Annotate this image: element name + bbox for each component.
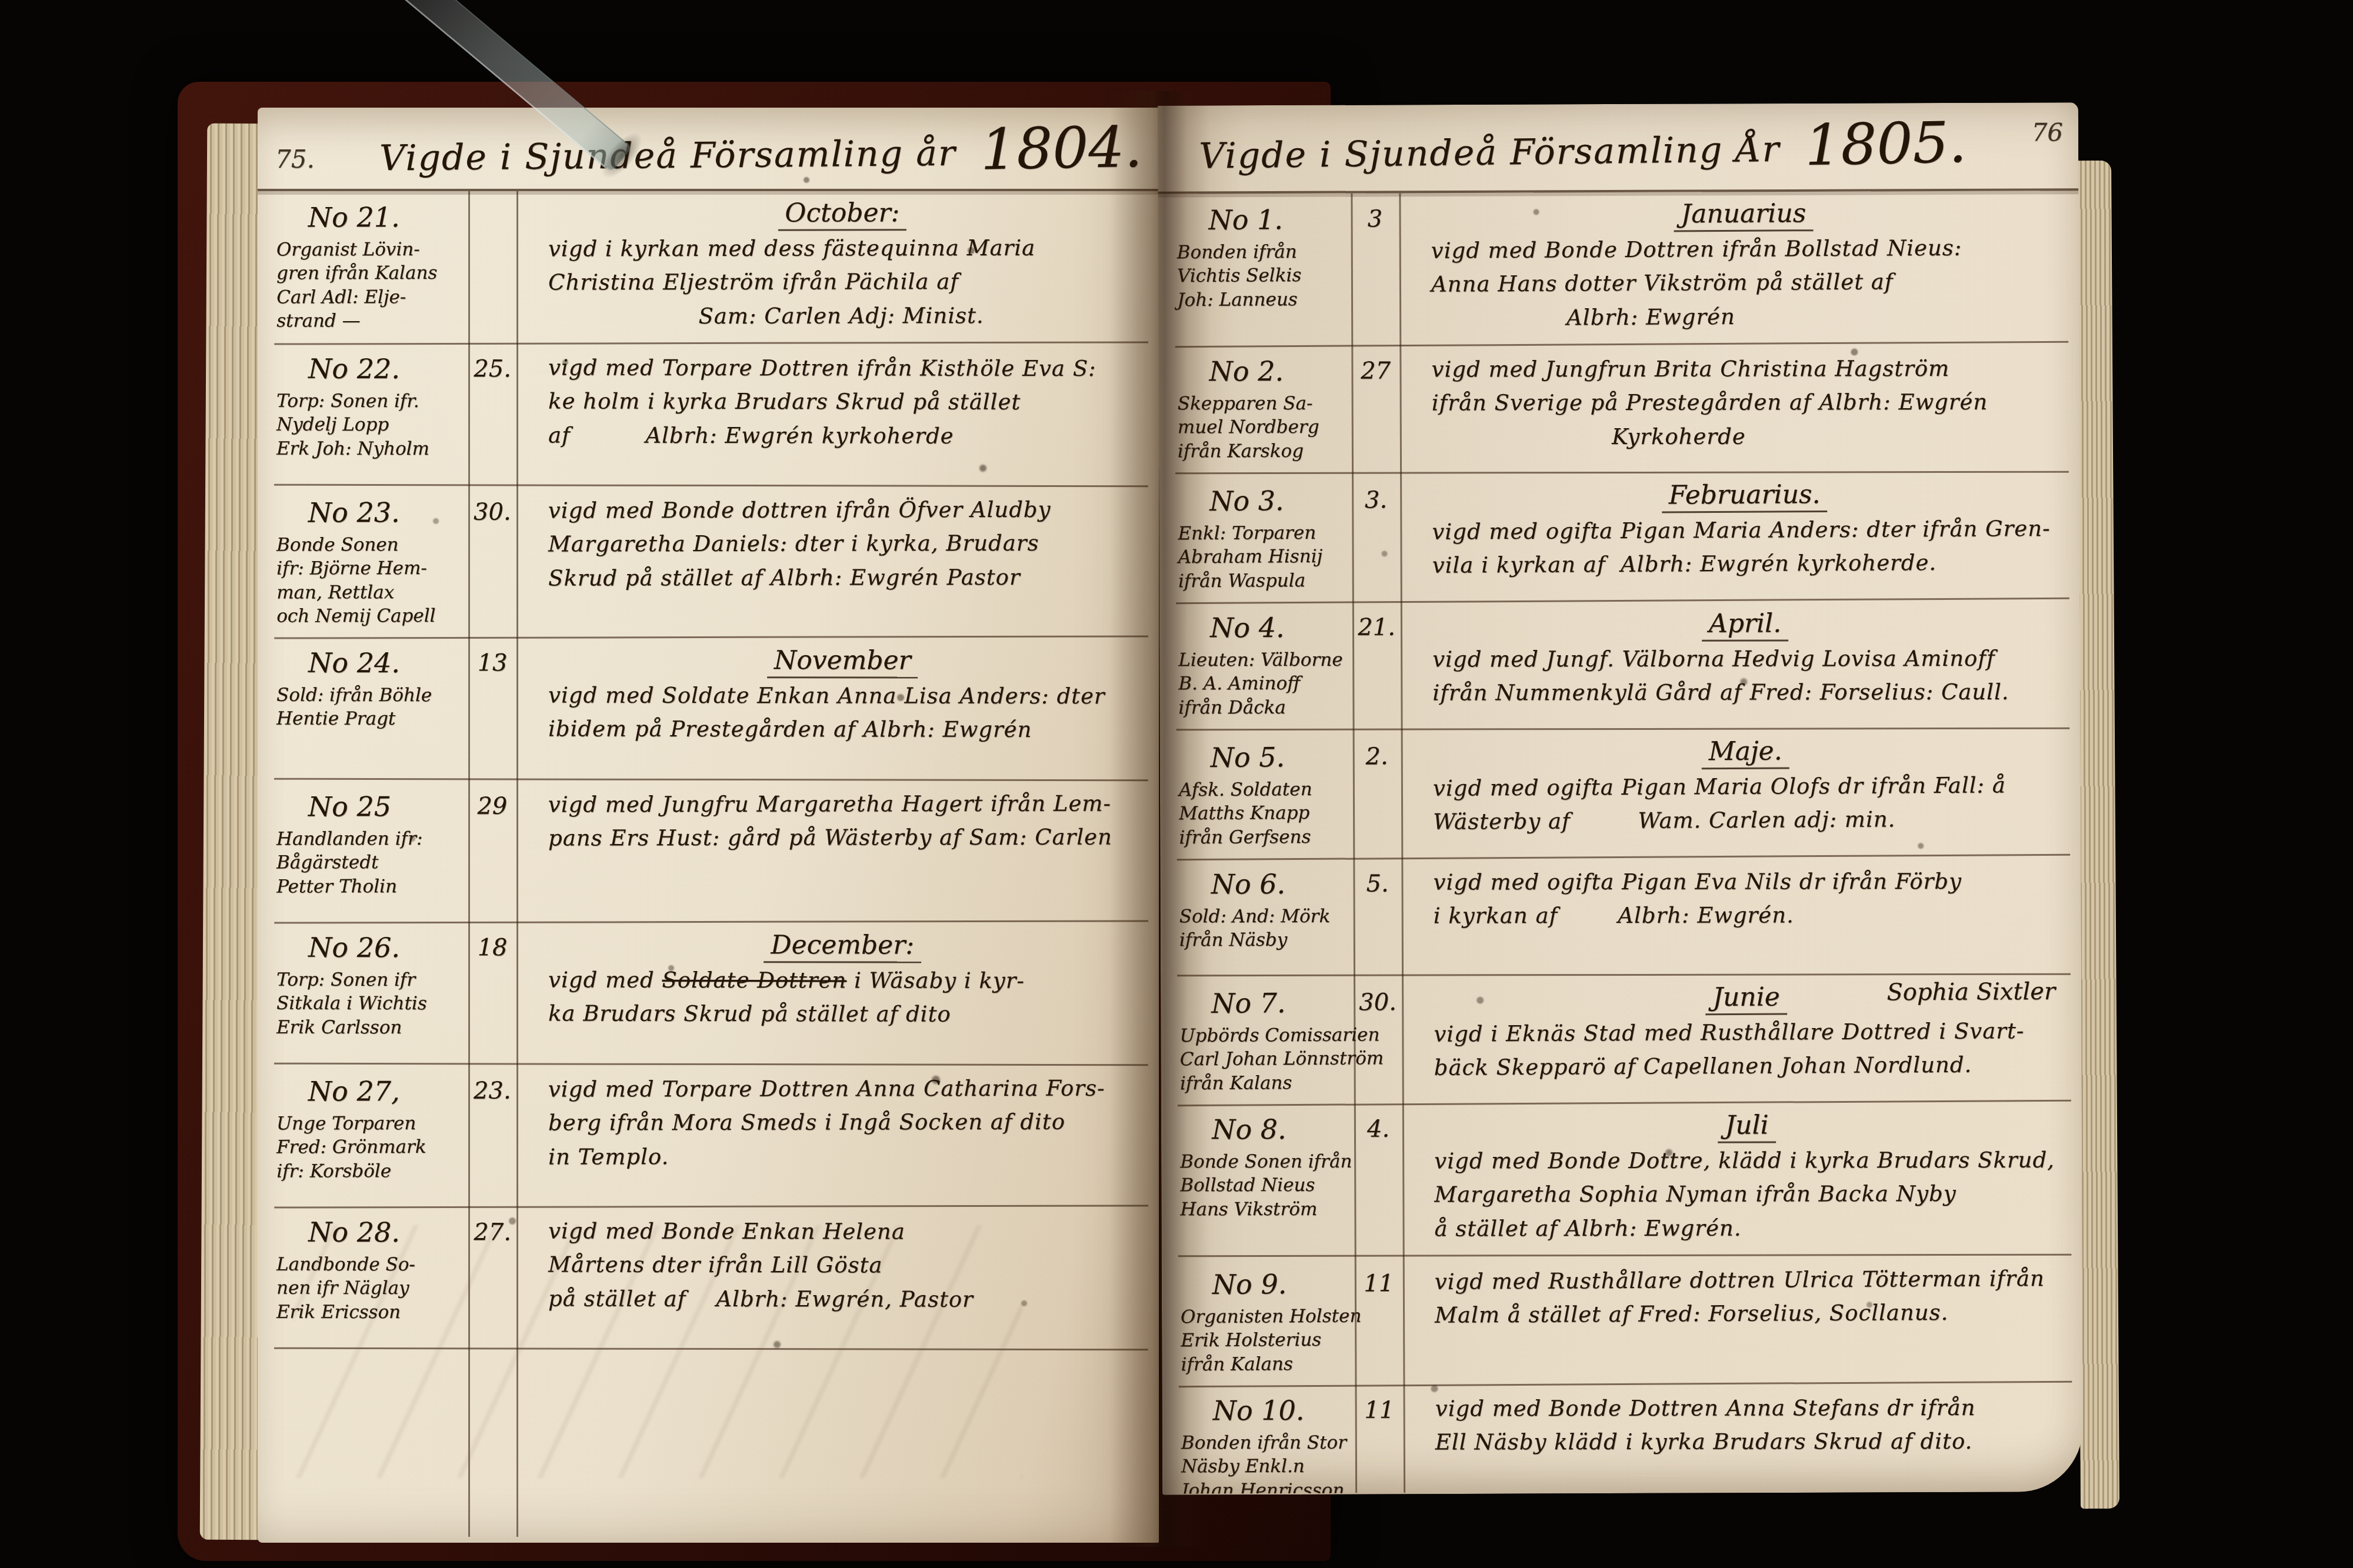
groom-description-line: Nydelj Lopp — [276, 413, 464, 437]
groom-description-line: Matths Knapp — [1179, 801, 1348, 826]
text-span: vila i kyrkan af Albrh: Ewgrén kyrkoherd… — [1432, 550, 1937, 578]
month-annotation: Sophia Sixtler — [1887, 978, 2055, 1006]
wedding-date: 30. — [1354, 984, 1402, 1094]
groom-cell: No 8.Bonde Sonen ifrånBollstad NieusHans… — [1178, 1111, 1354, 1246]
groom-description-line: Joh: Lanneus — [1177, 287, 1347, 312]
record-cell: vigd med Torpare Dottren ifrån Kisthöle … — [516, 351, 1148, 476]
text-span: pans Ers Hust: gård på Wästerby af Sam: … — [548, 825, 1112, 851]
text-span: Margaretha Daniels: dter i kyrka, Brudar… — [548, 531, 1039, 557]
groom-description-line: Sold: ifrån Böhle — [276, 683, 464, 708]
groom-description-line: Johan Henricsson — [1181, 1479, 1351, 1494]
groom-description-line: ifrån Näsby — [1179, 928, 1349, 952]
groom-description-line: muel Nordberg — [1178, 415, 1347, 439]
groom-description-line: Organist Lövin- — [276, 238, 464, 262]
record-line: vila i kyrkan af Albrh: Ewgrén kyrkoherd… — [1432, 545, 2058, 582]
record-line: Margaretha Daniels: dter i kyrka, Brudar… — [548, 526, 1136, 561]
open-register-book: 75. Vigde i Sjundeå Församling år 1804. … — [206, 91, 2165, 1547]
text-span: ke holm i kyrka Brudars Skrud på stället — [548, 389, 1021, 415]
record-line: å stället af Albrh: Ewgrén. — [1434, 1211, 2059, 1246]
record-cell: Januariusvigd med Bonde Dottren ifrån Bo… — [1399, 197, 2068, 335]
groom-cell: No 10.Bonden ifrån StorNäsby Enkl.nJohan… — [1179, 1392, 1355, 1493]
record-line: vigd i Eknäs Stad med Rusthållare Dottre… — [1434, 1013, 2059, 1050]
right-page-year: 1805. — [1804, 117, 1967, 171]
entry-row: No 3.Enkl: TorparenAbraham Hisnijifrån W… — [1175, 471, 2069, 604]
record-line: vigd med Jungfrun Brita Christina Hagstr… — [1432, 352, 2057, 386]
record-line: vigd med Torpare Dottren ifrån Kisthöle … — [548, 351, 1136, 386]
text-span: ifrån Sverige på Prestegården af Albrh: … — [1432, 389, 1988, 416]
record-line: Sam: Carlen Adj: Minist. — [548, 298, 1136, 333]
entry-row: No 4.Lieuten: VälborneB. A. Aminoffifrån… — [1176, 600, 2069, 730]
entry-row: No 2.Skepparen Sa-muel Nordbergifrån Kar… — [1175, 345, 2069, 475]
entry-row: No 7.Upbörds ComissarienCarl Johan Lönns… — [1177, 973, 2071, 1106]
groom-description-line: ifr: Björne Hem- — [276, 556, 464, 581]
groom-description-line: strand — — [276, 309, 464, 333]
record-line: vigd med Torpare Dottren Anna Catharina … — [548, 1072, 1136, 1106]
groom-cell: No 4.Lieuten: VälborneB. A. Aminoffifrån… — [1176, 609, 1352, 719]
month-header: JunieSophia Sixtler — [1434, 980, 2059, 1013]
text-span: Malm å stället af Fred: Forselius, Socll… — [1435, 1300, 1948, 1328]
groom-description-line: ifr: Korsböle — [276, 1159, 464, 1183]
month-header: October: — [548, 197, 1136, 228]
text-span: ifrån Nummenkylä Gård af Fred: Forselius… — [1432, 679, 2009, 706]
groom-description-line: Enkl: Torparen — [1178, 521, 1347, 546]
record-line: i kyrkan af Albrh: Ewgrén. — [1434, 898, 2059, 933]
record-line: vigd med Bonde Dottren ifrån Bollstad Ni… — [1431, 231, 2057, 268]
entry-number: No 26. — [308, 932, 464, 963]
record-line: pans Ers Hust: gård på Wästerby af Sam: … — [548, 820, 1136, 855]
text-span: vigd med ogifta Pigan Eva Nils dr ifrån … — [1434, 869, 1962, 895]
text-span: vigd med Torpare Dottren Anna Catharina … — [548, 1076, 1105, 1102]
text-span: Margaretha Sophia Nyman ifrån Backa Nyby — [1434, 1182, 1956, 1208]
month-header: Juli — [1434, 1110, 2059, 1141]
month-name: April. — [1702, 608, 1788, 641]
groom-description-line: Skepparen Sa- — [1178, 392, 1347, 416]
wedding-date: 13 — [468, 645, 516, 769]
month-name: November — [767, 645, 918, 678]
text-span: af Albrh: Ewgrén kyrkoherde — [548, 422, 954, 448]
record-line: ka Brudars Skrud på stället af dito — [548, 997, 1136, 1032]
groom-description-line: Petter Tholin — [276, 875, 464, 899]
groom-description-line: ifrån Karskog — [1178, 439, 1347, 463]
entry-row: No 8.Bonde Sonen ifrånBollstad NieusHans… — [1178, 1103, 2071, 1257]
entry-number: No 22. — [308, 353, 464, 385]
groom-cell: No 27,Unge TorparenFred: Grönmarkifr: Ko… — [274, 1073, 468, 1197]
month-header: November — [548, 645, 1136, 676]
groom-cell: No 3.Enkl: TorparenAbraham Hisnijifrån W… — [1175, 482, 1352, 593]
month-header: April. — [1432, 608, 2058, 639]
record-cell: April.vigd med Jungf. Välborna Hedvig Lo… — [1401, 608, 2069, 719]
groom-description-line: Sold: And: Mörk — [1179, 904, 1349, 928]
groom-description-line: man, Rettlax — [276, 581, 464, 605]
entry-number: No 10. — [1213, 1394, 1351, 1426]
groom-cell: No 25Handlanden ifr:BågärstedtPetter Tho… — [274, 788, 468, 913]
entry-row: No 22.Torp: Sonen ifr.Nydelj LoppErk Joh… — [274, 343, 1148, 488]
record-cell: vigd med Jungfru Margaretha Hagert ifrån… — [516, 787, 1148, 912]
text-span: bäck Skepparö af Capellanen Johan Nordlu… — [1434, 1052, 1972, 1080]
record-line: ifrån Sverige på Prestegården af Albrh: … — [1432, 385, 2057, 420]
text-span: Anna Hans dotter Vikström på stället af — [1431, 269, 1894, 297]
record-line: af Albrh: Ewgrén kyrkoherde — [548, 418, 1136, 453]
wedding-date: 2. — [1352, 738, 1401, 848]
wedding-date: 21. — [1352, 609, 1401, 719]
left-page-stack-edge — [200, 124, 266, 1540]
record-line: vigd med Bonde Dottren Anna Stefans dr i… — [1435, 1391, 2061, 1426]
groom-cell: No 2.Skepparen Sa-muel Nordbergifrån Kar… — [1175, 353, 1352, 463]
record-line: vigd med Bonde dottren ifrån Öfver Aludb… — [548, 493, 1136, 528]
groom-description-line: Carl Johan Lönnström — [1179, 1046, 1349, 1071]
record-line: vigd med Jungfru Margaretha Hagert ifrån… — [548, 787, 1136, 822]
groom-description-line: Erk Joh: Nyholm — [276, 436, 464, 461]
groom-description-line: ifrån Kalans — [1181, 1352, 1350, 1376]
text-span: vigd med — [548, 968, 662, 993]
groom-description-line: Bonde Sonen ifrån — [1180, 1150, 1349, 1174]
entry-number: No 5. — [1210, 740, 1348, 773]
entry-row: No 10.Bonden ifrån StorNäsby Enkl.nJohan… — [1179, 1384, 2072, 1494]
groom-description-line: ifrån Gerfsens — [1179, 825, 1348, 849]
groom-cell: No 21.Organist Lövin-gren ifrån KalansCa… — [274, 199, 468, 334]
groom-cell: No 1.Bonden ifrånVichtis SelkisJoh: Lann… — [1174, 201, 1351, 337]
groom-description-line: Hentie Pragt — [276, 707, 464, 731]
text-span: i Wäsaby i kyr- — [846, 968, 1025, 994]
groom-cell: No 24.Sold: ifrån BöhleHentie Pragt — [274, 645, 468, 769]
right-page-number: 76 — [2032, 118, 2064, 146]
text-span: vigd med Soldate Enkan Anna Lisa Anders:… — [548, 683, 1105, 709]
record-cell: Novembervigd med Soldate Enkan Anna Lisa… — [516, 645, 1148, 770]
text-span: vigd med Jungfru Margaretha Hagert ifrån… — [548, 791, 1111, 818]
text-span: vigd med Jungfrun Brita Christina Hagstr… — [1432, 356, 1950, 382]
entry-number: No 4. — [1210, 612, 1348, 643]
text-span: berg ifrån Mora Smeds i Ingå Socken af d… — [548, 1109, 1065, 1136]
record-line: Skrud på stället af Albrh: Ewgrén Pastor — [548, 560, 1136, 595]
record-line: Christina Eljeström ifrån Pächila af — [548, 265, 1136, 299]
groom-description-line: ifrån Dåcka — [1178, 695, 1348, 719]
entry-number: No 21. — [308, 201, 464, 233]
wedding-date: 4. — [1354, 1111, 1402, 1246]
entry-row: No 9.Organisten HolstenErik Holsteriusif… — [1178, 1254, 2072, 1387]
record-line: vigd med ogifta Pigan Eva Nils dr ifrån … — [1434, 864, 2059, 899]
record-cell: October:vigd i kyrkan med dess fästequin… — [516, 197, 1148, 333]
groom-description-line: Lieuten: Välborne — [1178, 648, 1348, 672]
entry-number: No 6. — [1211, 868, 1349, 899]
wedding-date: 11 — [1355, 1265, 1404, 1375]
entry-row: No 24.Sold: ifrån BöhleHentie Pragt13Nov… — [274, 638, 1148, 782]
groom-description-line: Afsk. Soldaten — [1179, 777, 1348, 802]
record-line: Kyrkoherde — [1432, 419, 2057, 453]
groom-cell: No 9.Organisten HolstenErik Holsteriusif… — [1178, 1265, 1355, 1376]
month-header: December: — [548, 930, 1136, 961]
text-span: Ell Näsby klädd i kyrka Brudars Skrud af… — [1435, 1429, 1972, 1456]
wedding-date: 3. — [1352, 482, 1401, 592]
record-cell: Februarius.vigd med ogifta Pigan Maria A… — [1400, 478, 2069, 592]
record-line: Wästerby af Wam. Carlen adj: min. — [1433, 802, 2058, 839]
month-name: Junie — [1705, 982, 1787, 1015]
record-line: vigd med ogifta Pigan Maria Olofs dr ifr… — [1433, 768, 2058, 805]
month-name: October: — [778, 198, 906, 231]
record-line: vigd med Bonde Dottre, klädd i kyrka Bru… — [1434, 1143, 2059, 1178]
groom-description-line: ifrån Waspula — [1178, 568, 1348, 593]
text-span: ka Brudars Skrud på stället af dito — [548, 1001, 951, 1027]
record-line: vigd med Jungf. Välborna Hedvig Lovisa A… — [1432, 642, 2058, 676]
entry-row: No 21.Organist Lövin-gren ifrån KalansCa… — [274, 191, 1148, 345]
wedding-date: 27 — [1352, 353, 1400, 463]
entry-row: No 23.Bonde Sonenifr: Björne Hem-man, Re… — [274, 485, 1148, 639]
entry-row: No 26.Torp: Sonen ifrSitkala i WichtisEr… — [274, 922, 1148, 1066]
groom-description-line: Vichtis Selkis — [1177, 263, 1347, 288]
text-span: vigd med Jungf. Välborna Hedvig Lovisa A… — [1432, 646, 1995, 672]
entry-number: No 9. — [1212, 1267, 1350, 1300]
photograph-of-parish-register: 75. Vigde i Sjundeå Församling år 1804. … — [0, 0, 2353, 1568]
left-page-1804: 75. Vigde i Sjundeå Församling år 1804. … — [258, 108, 1159, 1543]
left-page-year: 1804. — [981, 122, 1143, 175]
month-name: Februarius. — [1661, 479, 1827, 513]
groom-description-line: och Nemij Capell — [276, 604, 464, 628]
right-page-header: Vigde i Sjundeå Församling År 1805. 76 — [1158, 102, 2079, 194]
wedding-date: 18 — [468, 929, 516, 1053]
record-cell: December:vigd med Soldate Dottren i Wäsa… — [516, 930, 1148, 1055]
record-line: ibidem på Prestegården af Albrh: Ewgrén — [548, 712, 1136, 747]
groom-cell: No 5.Afsk. SoldatenMatths Knappifrån Ger… — [1176, 738, 1353, 849]
record-line: berg ifrån Mora Smeds i Ingå Socken af d… — [548, 1105, 1136, 1140]
record-line: bäck Skepparö af Capellanen Johan Nordlu… — [1434, 1047, 2059, 1085]
record-line: in Templo. — [548, 1139, 1136, 1173]
text-span: Albrh: Ewgrén — [1431, 304, 1735, 331]
groom-description-line: Erik Holsterius — [1181, 1327, 1350, 1352]
left-page-number: 75. — [275, 145, 315, 174]
record-cell: Julivigd med Bonde Dottre, klädd i kyrka… — [1402, 1110, 2071, 1246]
record-line: Margaretha Sophia Nyman ifrån Backa Nyby — [1434, 1177, 2059, 1212]
record-line: ifrån Nummenkylä Gård af Fred: Forselius… — [1432, 675, 2058, 710]
entry-number: No 7. — [1211, 986, 1349, 1019]
text-span: Skrud på stället af Albrh: Ewgrén Pastor — [548, 565, 1021, 591]
text-span: i kyrkan af Albrh: Ewgrén. — [1434, 902, 1794, 928]
groom-cell: No 7.Upbörds ComissarienCarl Johan Lönns… — [1177, 984, 1354, 1095]
wedding-date — [468, 199, 516, 333]
text-span: vigd med Bonde Dottren ifrån Bollstad Ni… — [1431, 235, 1962, 263]
text-span: Wästerby af Wam. Carlen adj: min. — [1433, 806, 1895, 834]
record-cell: vigd med Bonde Dottren Anna Stefans dr i… — [1404, 1391, 2072, 1494]
groom-description-line: Upbörds Comissarien — [1179, 1023, 1349, 1047]
entry-row: No 5.Afsk. SoldatenMatths Knappifrån Ger… — [1176, 727, 2070, 860]
entry-number: No 3. — [1209, 485, 1347, 517]
month-name: Januarius — [1674, 198, 1813, 232]
month-name: Maje. — [1701, 736, 1789, 769]
text-span: Christina Eljeström ifrån Pächila af — [548, 269, 959, 295]
left-page-title: Vigde i Sjundeå Församling år — [379, 133, 956, 179]
record-line: Anna Hans dotter Vikström på stället af — [1431, 264, 2057, 301]
entry-number: No 25 — [308, 790, 464, 823]
left-page-header: 75. Vigde i Sjundeå Församling år 1804. — [258, 108, 1159, 191]
text-span: in Templo. — [548, 1144, 669, 1169]
struck-text: Soldate Dottren — [662, 968, 846, 993]
text-span: Sam: Carlen Adj: Minist. — [548, 303, 984, 329]
entry-number: No 27, — [308, 1075, 464, 1107]
month-header: Februarius. — [1432, 478, 2057, 512]
month-name: Juli — [1718, 1110, 1775, 1143]
wedding-date: 23. — [468, 1073, 516, 1197]
entry-number: No 8. — [1212, 1113, 1349, 1145]
wedding-date: 29 — [468, 788, 516, 912]
right-page-title: Vigde i Sjundeå Församling År — [1199, 129, 1781, 177]
text-span: vigd i Eknäs Stad med Rusthållare Dottre… — [1434, 1018, 2024, 1047]
text-span: vigd med Torpare Dottren ifrån Kisthöle … — [548, 355, 1096, 382]
groom-description-line: Hans Vikström — [1180, 1197, 1349, 1222]
record-cell: JunieSophia Sixtlervigd i Eknäs Stad med… — [1402, 980, 2071, 1093]
record-line: vigd med Rusthållare dottren Ulrica Tött… — [1435, 1261, 2060, 1298]
groom-description-line: Bågärstedt — [276, 850, 464, 875]
groom-description-line: Handlanden ifr: — [276, 827, 464, 851]
text-span: vigd med Bonde Dottren Anna Stefans dr i… — [1435, 1395, 1976, 1422]
record-line: vigd med Soldate Dottren i Wäsaby i kyr- — [548, 963, 1136, 998]
wedding-date: 30. — [468, 494, 516, 628]
groom-description-line: Näsby Enkl.n — [1181, 1454, 1351, 1479]
entry-number: No 24. — [308, 647, 464, 679]
right-register-table: No 1.Bonden ifrånVichtis SelkisJoh: Lann… — [1174, 191, 2072, 1493]
entry-number: No 23. — [308, 496, 464, 529]
text-span: vigd med ogifta Pigan Maria Olofs dr ifr… — [1433, 772, 2006, 800]
groom-description-line: Bonden ifrån — [1177, 240, 1347, 265]
groom-description-line: B. A. Aminoff — [1178, 672, 1348, 696]
entry-row: No 6.Sold: And: Mörkifrån Näsby5.vigd me… — [1177, 857, 2071, 976]
record-line: vigd i kyrkan med dess fästequinna Maria — [548, 231, 1136, 265]
record-line: vigd med Soldate Enkan Anna Lisa Anders:… — [548, 679, 1136, 713]
month-header: Maje. — [1432, 735, 2058, 768]
record-cell: vigd med ogifta Pigan Eva Nils dr ifrån … — [1402, 864, 2071, 965]
groom-cell: No 22.Torp: Sonen ifr.Nydelj LoppErk Joh… — [274, 351, 468, 475]
groom-cell: No 26.Torp: Sonen ifrSitkala i WichtisEr… — [274, 929, 468, 1054]
record-line: Malm å stället af Fred: Forselius, Socll… — [1435, 1295, 2060, 1332]
right-entries: No 1.Bonden ifrånVichtis SelkisJoh: Lann… — [1174, 191, 2072, 1493]
record-cell: vigd med Torpare Dottren Anna Catharina … — [516, 1072, 1148, 1197]
groom-description-line: Bollstad Nieus — [1180, 1174, 1349, 1198]
text-span: vigd med Rusthållare dottren Ulrica Tött… — [1435, 1266, 2045, 1295]
text-span: ibidem på Prestegården af Albrh: Ewgrén — [548, 716, 1032, 742]
wedding-date: 11 — [1355, 1392, 1404, 1494]
record-line: Ell Näsby klädd i kyrka Brudars Skrud af… — [1435, 1424, 2061, 1459]
groom-description-line: Erik Carlsson — [276, 1016, 464, 1040]
record-cell: vigd med Jungfrun Brita Christina Hagstr… — [1400, 352, 2069, 463]
groom-description-line: Torp: Sonen ifr — [276, 968, 464, 992]
groom-description-line: Fred: Grönmark — [276, 1135, 464, 1159]
groom-cell: No 23.Bonde Sonenifr: Björne Hem-man, Re… — [274, 494, 468, 628]
groom-description-line: Bonde Sonen — [276, 533, 464, 557]
groom-description-line: Torp: Sonen ifr. — [276, 389, 464, 413]
entry-row: No 25Handlanden ifr:BågärstedtPetter Tho… — [274, 780, 1148, 924]
month-name: December: — [764, 930, 921, 963]
groom-description-line: ifrån Kalans — [1180, 1070, 1349, 1095]
wedding-date: 5. — [1354, 865, 1402, 965]
entry-row: No 1.Bonden ifrånVichtis SelkisJoh: Lann… — [1174, 191, 2068, 348]
record-line: ke holm i kyrka Brudars Skrud på stället — [548, 385, 1136, 419]
ink-bleedthrough — [293, 1225, 1022, 1478]
record-line: vigd med ogifta Pigan Maria Anders: dter… — [1432, 512, 2057, 549]
entry-number: No 2. — [1209, 355, 1347, 387]
entry-number: No 1. — [1208, 203, 1346, 236]
wedding-date: 25. — [468, 351, 516, 475]
month-header: Januarius — [1431, 197, 2056, 231]
record-cell: vigd med Rusthållare dottren Ulrica Tött… — [1403, 1261, 2072, 1374]
text-span: vigd i kyrkan med dess fästequinna Maria — [548, 235, 1035, 262]
wedding-date: 3 — [1351, 201, 1399, 335]
text-span: vigd med Bonde dottren ifrån Öfver Aludb… — [548, 497, 1051, 523]
groom-description-line: Carl Adl: Elje- — [276, 285, 464, 309]
record-line: Albrh: Ewgrén — [1431, 298, 2057, 335]
groom-description-line: Abraham Hisnij — [1178, 545, 1348, 569]
groom-description-line: Sitkala i Wichtis — [276, 992, 464, 1016]
groom-description-line: Organisten Holsten — [1181, 1304, 1350, 1329]
entry-row: No 27,Unge TorparenFred: Grönmarkifr: Ko… — [274, 1065, 1148, 1209]
groom-description-line: Unge Torparen — [276, 1112, 464, 1136]
text-span: vigd med Bonde Dottre, klädd i kyrka Bru… — [1434, 1147, 2055, 1174]
text-span: å stället af Albrh: Ewgrén. — [1434, 1216, 1741, 1242]
groom-description-line: Bonden ifrån Stor — [1181, 1431, 1351, 1455]
record-cell: vigd med Bonde dottren ifrån Öfver Aludb… — [516, 492, 1148, 627]
right-page-1805: Vigde i Sjundeå Församling År 1805. 76 N… — [1158, 102, 2083, 1494]
groom-cell: No 6.Sold: And: Mörkifrån Näsby — [1177, 865, 1354, 965]
text-span: vigd med ogifta Pigan Maria Anders: dter… — [1432, 516, 2050, 545]
left-entries: No 21.Organist Lövin-gren ifrån KalansCa… — [274, 191, 1148, 1350]
text-span: Kyrkoherde — [1432, 423, 1746, 449]
groom-description-line: gren ifrån Kalans — [276, 261, 464, 285]
record-cell: Maje.vigd med ogifta Pigan Maria Olofs d… — [1401, 734, 2070, 848]
